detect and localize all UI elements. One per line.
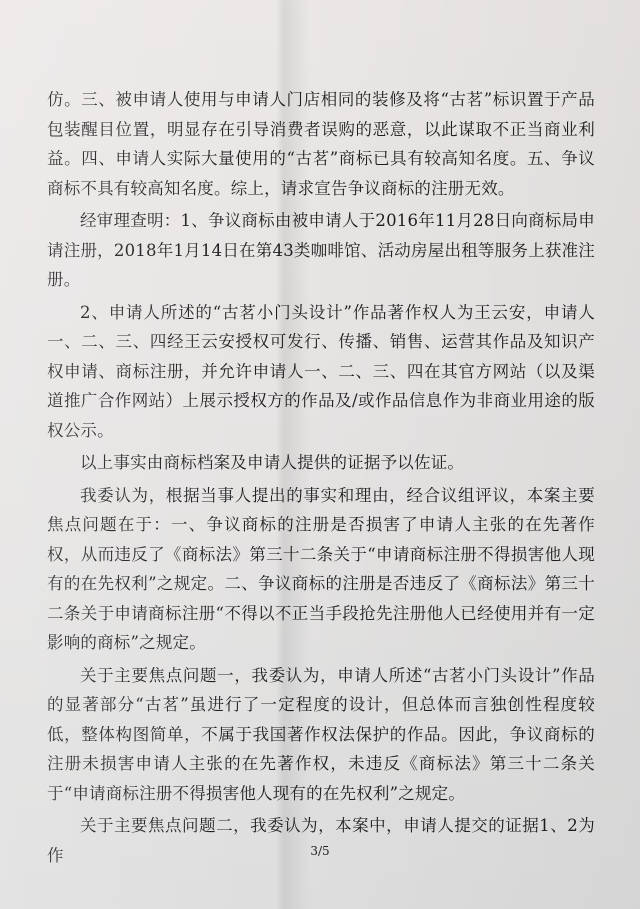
paragraph-evidence-note: 以上事实由商标档案及申请人提供的证据予以佐证。 (47, 448, 595, 478)
paragraph-issue-two: 关于主要焦点问题二，我委认为，本案中，申请人提交的证据1、2为作 (47, 811, 595, 870)
document-page: 仿。三、被申请人使用与申请人门店相同的装修及将“古茗”标识置于产品包装醒目位置，… (0, 0, 640, 909)
page-number: 3/5 (0, 844, 640, 858)
paragraph-findings: 经审理查明：1、争议商标由被申请人于2016年11月28日向商标局申请注册，20… (47, 206, 595, 295)
paragraph-focus-issues: 我委认为，根据当事人提出的事实和理由，经合议组评议，本案主要焦点问题在于：一、争… (47, 481, 595, 658)
paragraph-continuation: 仿。三、被申请人使用与申请人门店相同的装修及将“古茗”标识置于产品包装醒目位置，… (47, 85, 595, 203)
document-body: 仿。三、被申请人使用与申请人门店相同的装修及将“古茗”标识置于产品包装醒目位置，… (47, 85, 595, 873)
paragraph-issue-one: 关于主要焦点问题一，我委认为，申请人所述“古茗小门头设计”作品的显著部分“古茗”… (47, 661, 595, 809)
paragraph-copyright-owner: 2、申请人所述的“古茗小门头设计”作品著作权人为王云安，申请人一、二、三、四经王… (47, 298, 595, 446)
